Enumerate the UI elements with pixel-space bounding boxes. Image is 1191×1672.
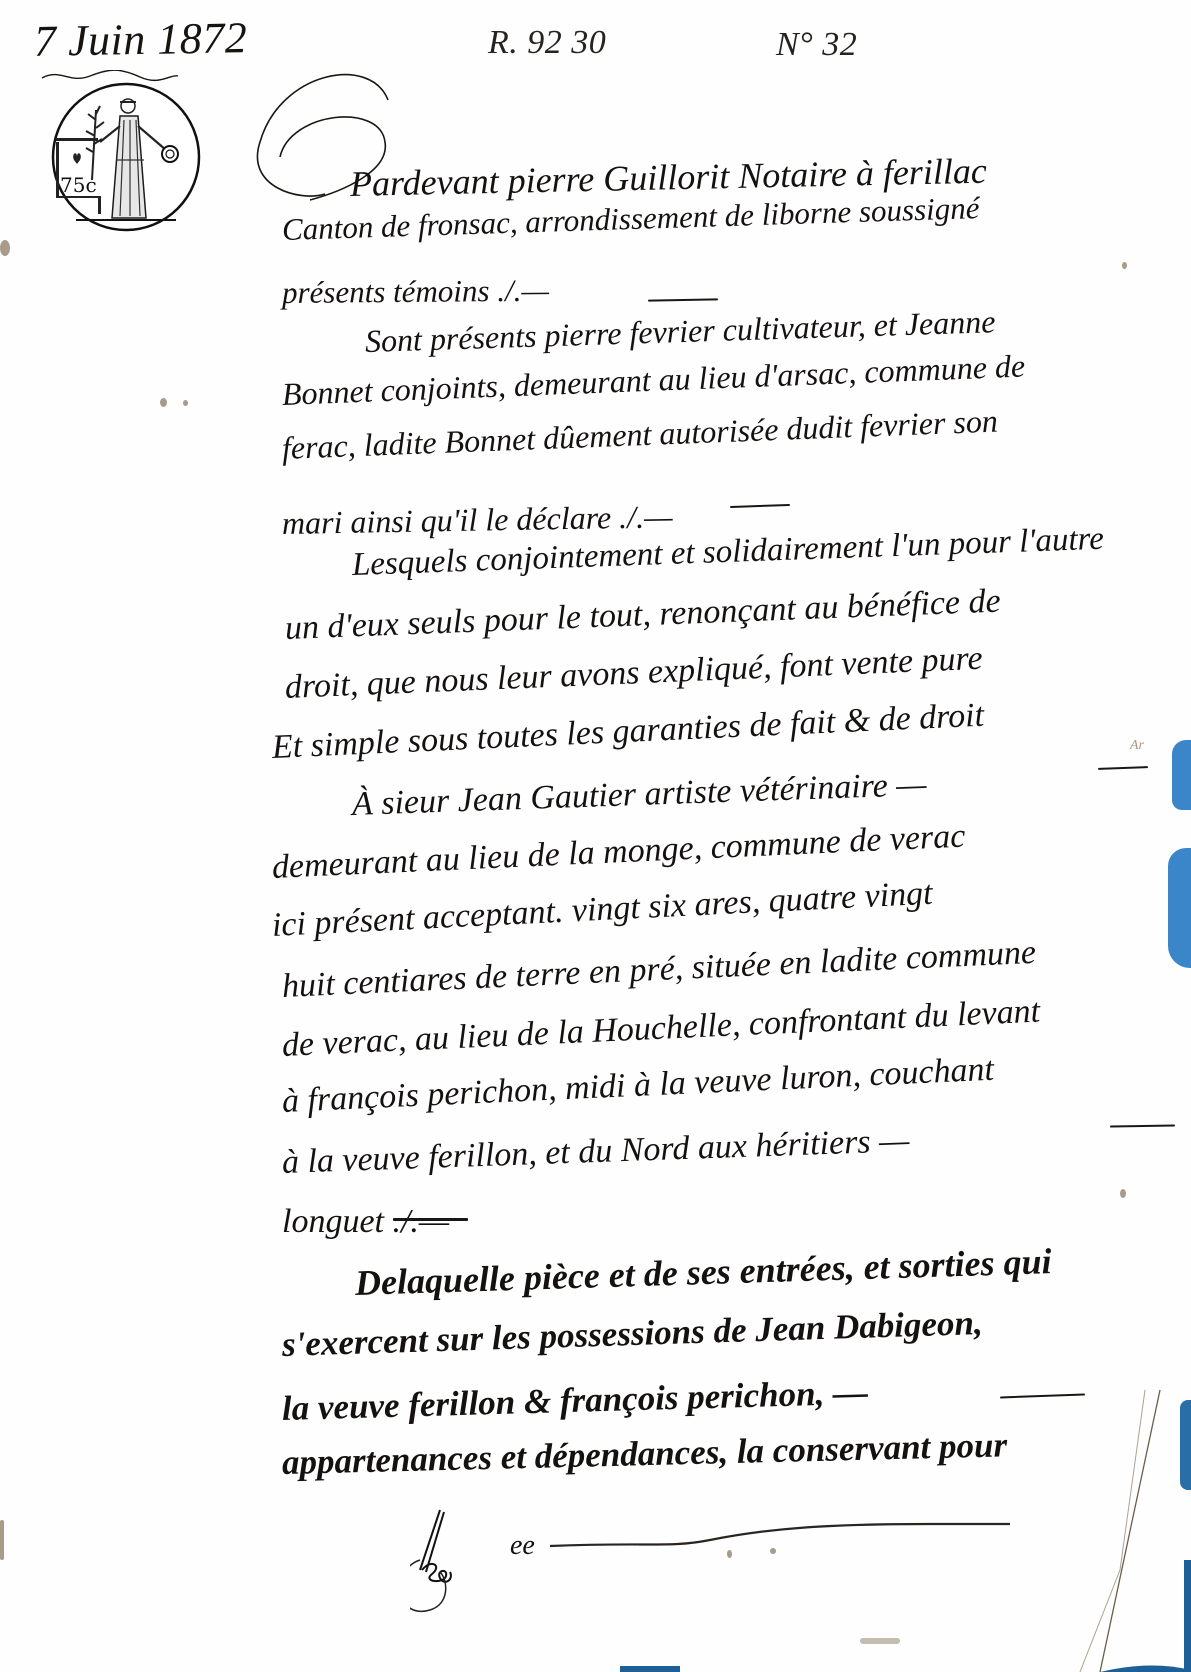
text-line: présents témoins ./.—	[282, 273, 549, 311]
paper-stain	[727, 1550, 732, 1558]
text-line: Delaquelle pièce et de ses entrées, et s…	[354, 1240, 1052, 1304]
paper-stain	[1122, 262, 1127, 269]
paper-stain	[0, 240, 10, 256]
document-number: N° 32	[776, 26, 857, 64]
paper-stain	[160, 398, 167, 407]
paper-stain	[770, 1548, 776, 1554]
text-line: longuet ./.—	[282, 1203, 449, 1241]
line-end-dash	[730, 504, 790, 508]
text-line: Et simple sous toutes les garanties de f…	[271, 697, 985, 767]
line-end-dash	[1098, 766, 1148, 770]
paper-damage-blue	[1180, 1400, 1191, 1490]
paper-stain	[183, 400, 188, 406]
paper-damage-blue	[1172, 740, 1191, 810]
margin-note: Ar	[1130, 738, 1144, 754]
text-line: huit centiares de terre en pré, située e…	[281, 934, 1037, 1006]
text-line: à la veuve ferillon, et du Nord aux héri…	[281, 1122, 910, 1182]
line-end-dash	[393, 1218, 468, 1221]
line-end-dash	[1110, 1124, 1175, 1127]
fiscal-stamp-icon: 75c	[46, 80, 206, 234]
paper-fold-crease	[1000, 1370, 1191, 1672]
registration-reference: R. 92 30	[488, 24, 606, 62]
paper-damage-blue	[1168, 848, 1191, 968]
text-line: à françois perichon, midi à la veuve lur…	[281, 1051, 995, 1121]
paper-stain	[0, 1520, 4, 1560]
document-date: 7 Juin 1872	[34, 12, 248, 67]
document-page: 7 Juin 1872 R. 92 30 N° 32 75c Par	[0, 0, 1191, 1672]
text-line: ferac, ladite Bonnet dûement autorisée d…	[281, 403, 998, 467]
paper-damage-blue	[1184, 1560, 1191, 1672]
line-end-dash	[648, 298, 718, 301]
paper-stain	[1120, 1189, 1126, 1198]
text-line: s'exercent sur les possessions de Jean D…	[281, 1303, 983, 1365]
signature-initials: ee	[510, 1530, 535, 1561]
text-line: mari ainsi qu'il le déclare ./.—	[282, 498, 673, 542]
paper-damage-blue	[620, 1666, 680, 1672]
text-line: un d'eux seuls pour le tout, renonçant a…	[284, 583, 1001, 648]
notary-signature-paraph: ee	[410, 1500, 1090, 1620]
paper-stain	[860, 1638, 900, 1644]
text-line: la veuve ferillon & françois perichon, —	[281, 1373, 868, 1429]
stamp-denomination: 75c	[60, 173, 97, 197]
text-line: demeurant au lieu de la monge, commune d…	[271, 818, 966, 887]
text-line: appartenances et dépendances, la conserv…	[282, 1425, 1008, 1483]
text-line: ici présent acceptant. vingt six ares, q…	[271, 875, 933, 945]
text-line: droit, que nous leur avons expliqué, fon…	[284, 640, 983, 707]
text-line: À sieur Jean Gautier artiste vétérinaire…	[351, 766, 927, 824]
